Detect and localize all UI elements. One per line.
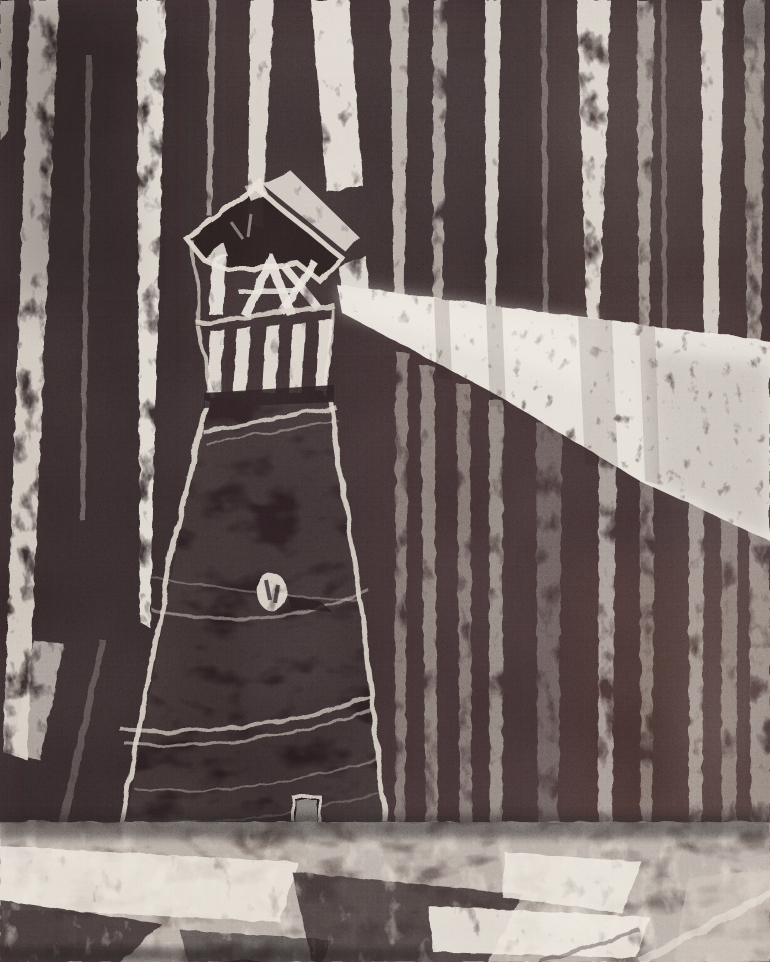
vignette-top-left — [0, 0, 120, 300]
lighthouse-print-svg — [0, 0, 770, 962]
artwork-photo — [0, 0, 770, 962]
